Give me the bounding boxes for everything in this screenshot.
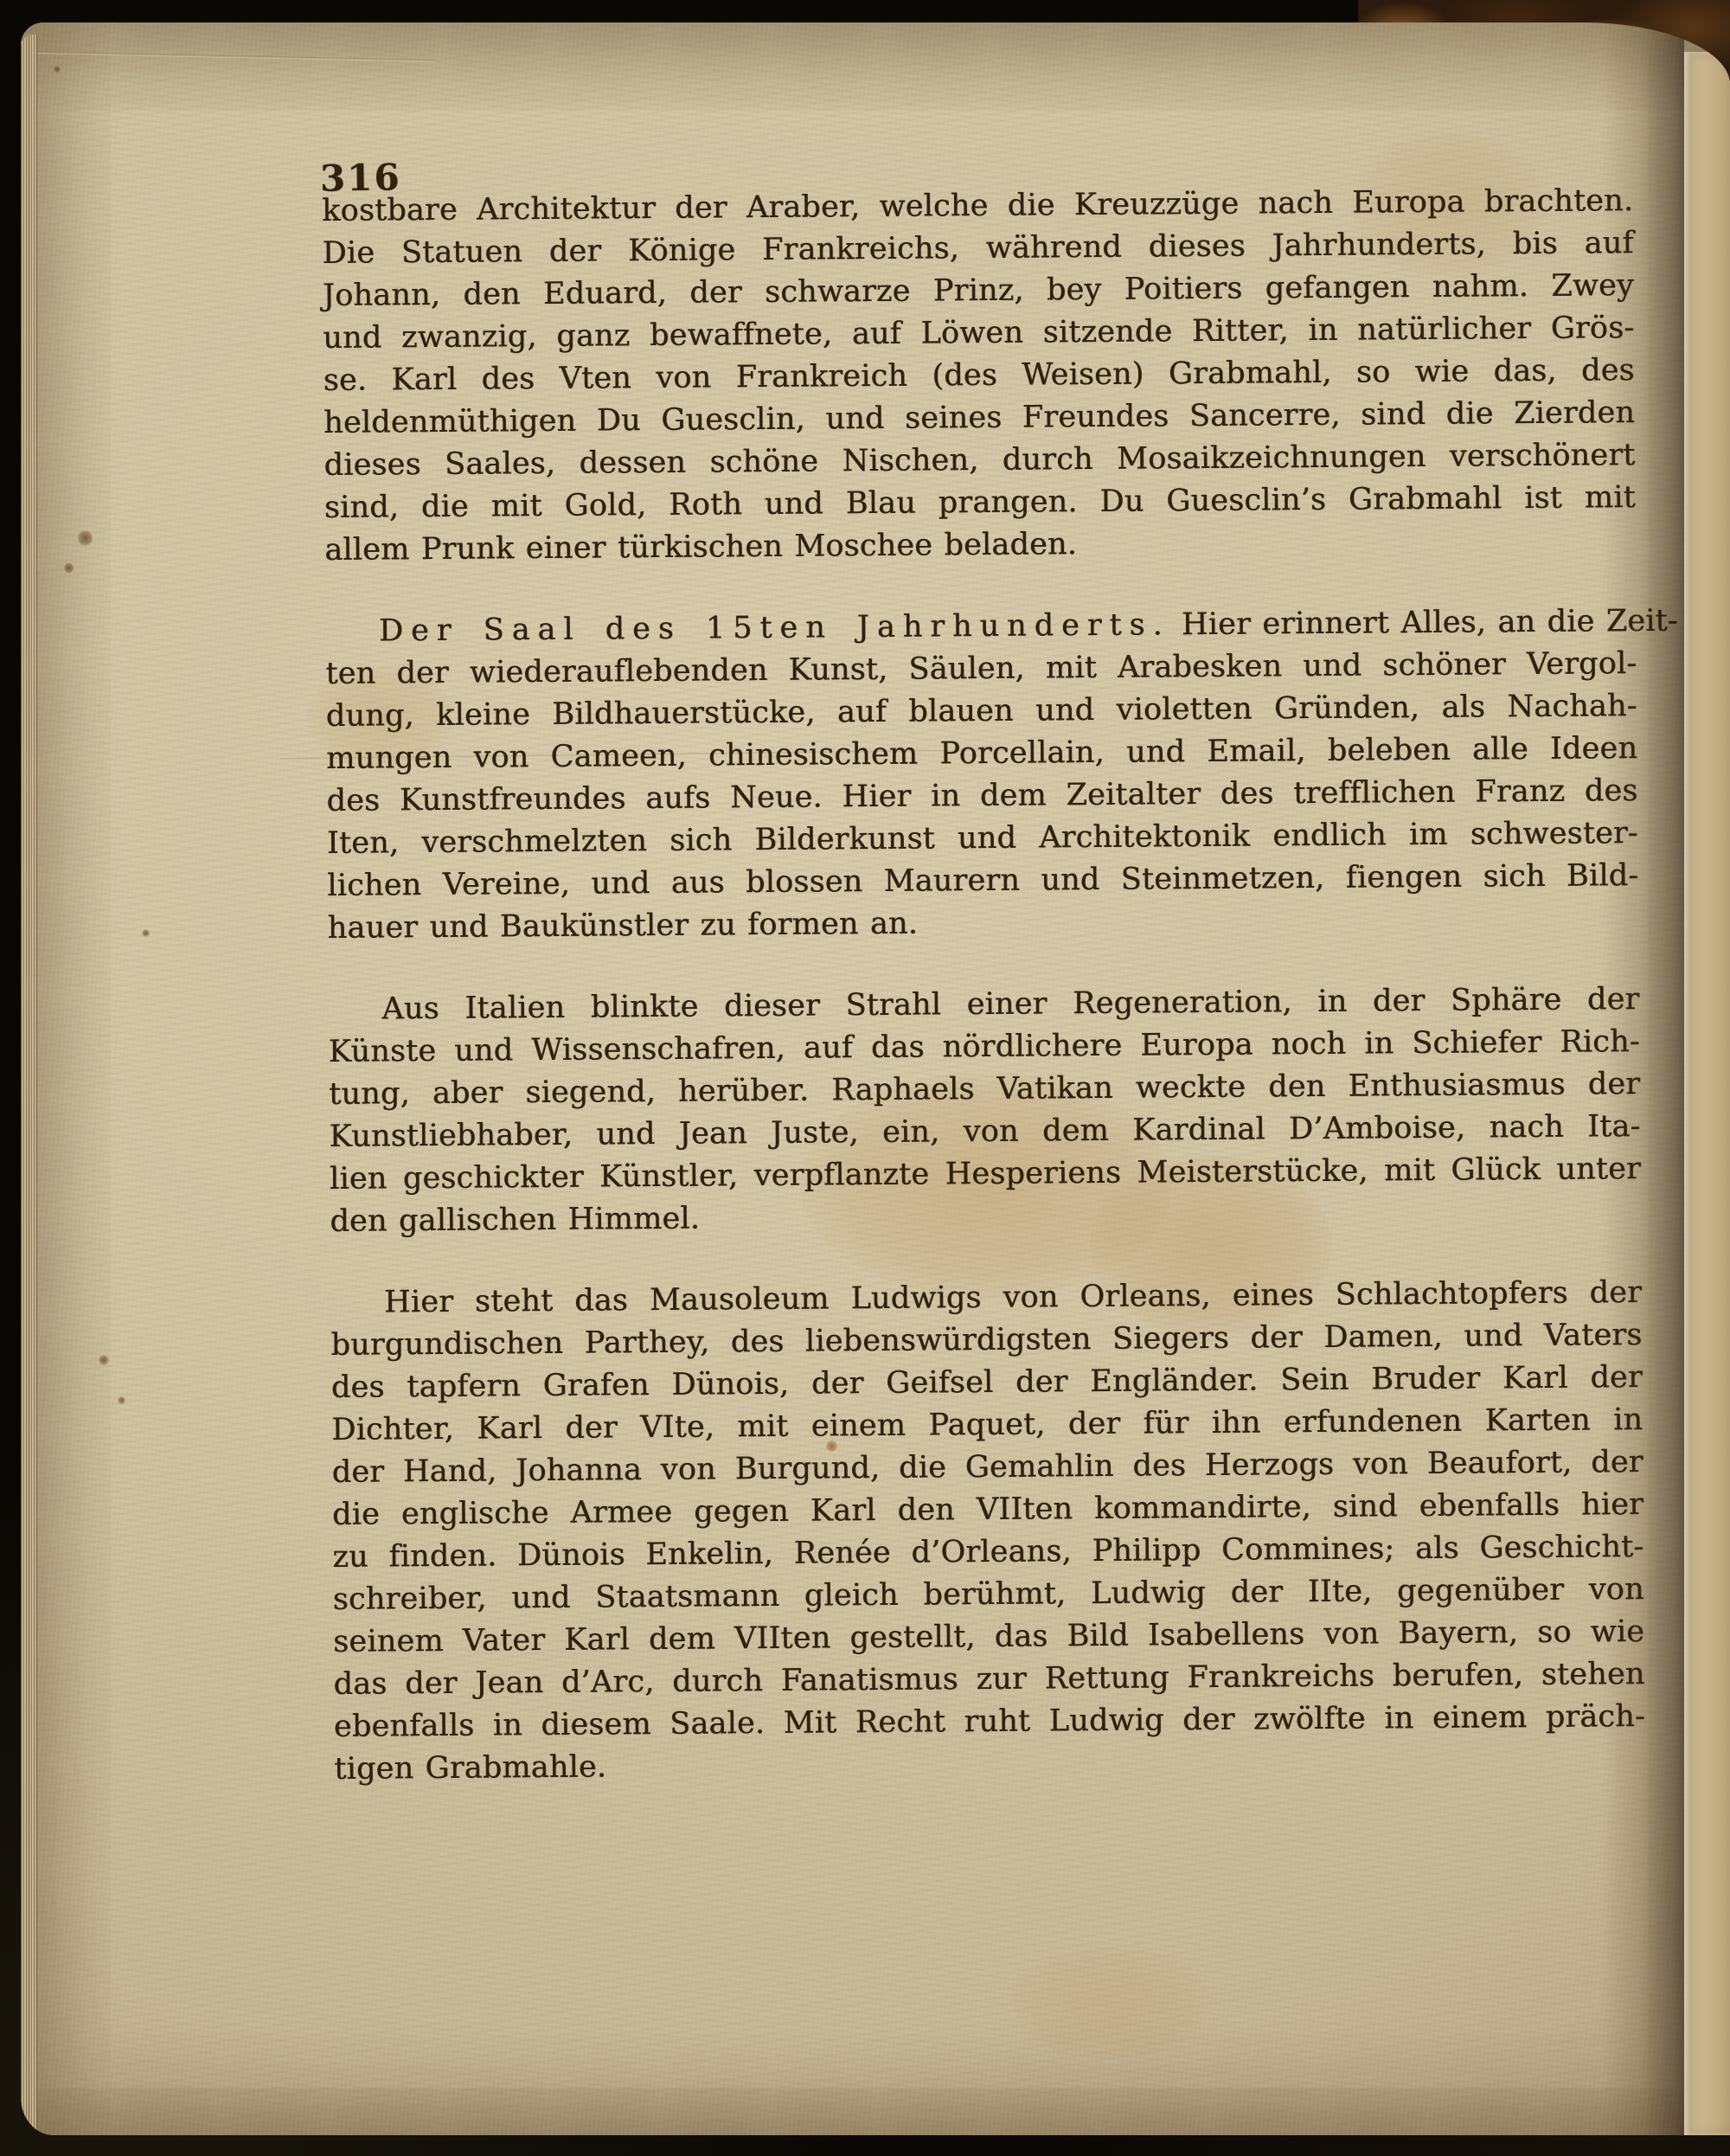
foxing-spot <box>54 66 61 73</box>
text-line: tigen Grabmahle. <box>334 1738 1645 1791</box>
paragraph: kostbare Architektur der Araber, welche … <box>322 180 1636 572</box>
paragraph: Aus Italien blinkte dieser Strahl einer … <box>328 979 1641 1243</box>
paper-stain <box>1011 1947 1210 2059</box>
spaced-heading: Der Saal des 15ten Jahrhunderts. <box>379 607 1170 648</box>
text-block: kostbare Architektur der Araber, welche … <box>322 180 1645 1791</box>
foxing-spot <box>64 562 74 574</box>
gutter-shadow <box>1602 22 1684 2135</box>
foxing-spot <box>78 529 93 547</box>
text-line: hauer und Baukünstler zu formen an. <box>328 897 1639 950</box>
text-line: den gallischen Himmel. <box>330 1190 1641 1243</box>
foxing-spot <box>142 929 150 937</box>
foxing-spot <box>118 1396 125 1404</box>
next-page-sliver <box>1684 52 1730 2135</box>
crease-line <box>29 51 436 62</box>
paragraph: Der Saal des 15ten Jahrhunderts. Hier er… <box>325 600 1639 950</box>
book-page: 316 kostbare Architektur der Araber, wel… <box>21 22 1730 2135</box>
foxing-spot <box>99 1355 109 1365</box>
paragraph: Hier steht das Mausoleum Ludwigs von Orl… <box>330 1272 1646 1791</box>
page-edge-stack <box>21 35 37 2132</box>
text-line: allem Prunk einer türkischen Moschee bel… <box>324 519 1636 572</box>
